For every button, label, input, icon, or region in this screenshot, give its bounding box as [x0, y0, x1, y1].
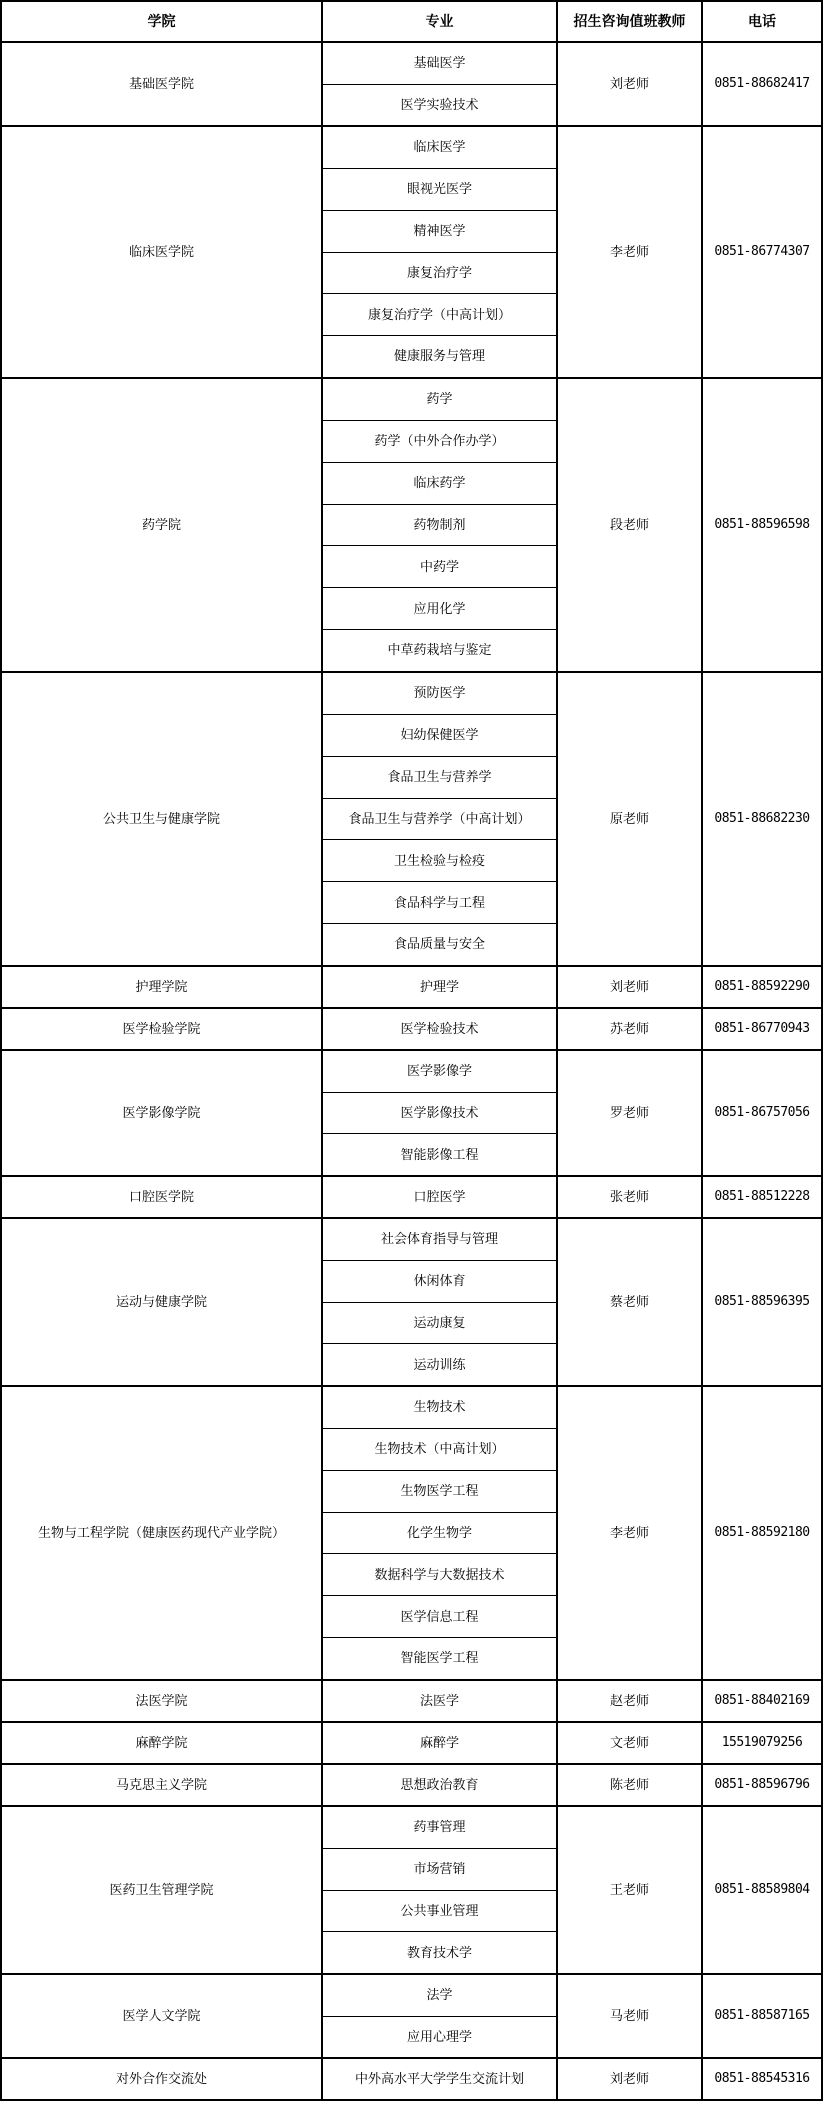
college-cell: 运动与健康学院 — [2, 1219, 321, 1385]
teacher-cell: 刘老师 — [556, 2059, 701, 2099]
phone-cell: 0851-88587165 — [701, 1975, 821, 2057]
major-cell: 中药学 — [323, 546, 556, 588]
college-cell: 医学影像学院 — [2, 1051, 321, 1175]
teacher-cell: 原老师 — [556, 673, 701, 965]
admission-contact-table: 学院 专业 招生咨询值班教师 电话 基础医学院基础医学医学实验技术刘老师0851… — [0, 0, 823, 2101]
major-cell: 医学检验技术 — [323, 1009, 556, 1049]
college-cell: 对外合作交流处 — [2, 2059, 321, 2099]
major-cell: 社会体育指导与管理 — [323, 1219, 556, 1261]
phone-cell: 0851-88682417 — [701, 43, 821, 125]
major-cell: 教育技术学 — [323, 1932, 556, 1973]
teacher-cell: 李老师 — [556, 127, 701, 377]
phone-cell: 15519079256 — [701, 1723, 821, 1763]
college-section: 对外合作交流处中外高水平大学学生交流计划刘老师0851-88545316 — [2, 2059, 821, 2099]
college-section: 护理学院护理学刘老师0851-88592290 — [2, 967, 821, 1009]
college-cell: 法医学院 — [2, 1681, 321, 1721]
major-cell: 康复治疗学（中高计划） — [323, 294, 556, 336]
teacher-cell: 刘老师 — [556, 967, 701, 1007]
major-cell: 智能医学工程 — [323, 1638, 556, 1679]
major-cell: 医学信息工程 — [323, 1596, 556, 1638]
college-section: 医学检验学院医学检验技术苏老师0851-86770943 — [2, 1009, 821, 1051]
majors-column: 口腔医学 — [321, 1177, 556, 1217]
teacher-cell: 蔡老师 — [556, 1219, 701, 1385]
college-cell: 临床医学院 — [2, 127, 321, 377]
major-cell: 医学影像技术 — [323, 1093, 556, 1135]
college-cell: 麻醉学院 — [2, 1723, 321, 1763]
header-major: 专业 — [321, 2, 556, 41]
major-cell: 卫生检验与检疫 — [323, 840, 556, 882]
phone-cell: 0851-88682230 — [701, 673, 821, 965]
major-cell: 公共事业管理 — [323, 1891, 556, 1933]
majors-column: 药学药学（中外合作办学）临床药学药物制剂中药学应用化学中草药栽培与鉴定 — [321, 379, 556, 671]
majors-column: 医学检验技术 — [321, 1009, 556, 1049]
college-section: 医学人文学院法学应用心理学马老师0851-88587165 — [2, 1975, 821, 2059]
teacher-cell: 苏老师 — [556, 1009, 701, 1049]
major-cell: 护理学 — [323, 967, 556, 1007]
major-cell: 药学（中外合作办学） — [323, 421, 556, 463]
major-cell: 口腔医学 — [323, 1177, 556, 1217]
phone-cell: 0851-88592180 — [701, 1387, 821, 1679]
teacher-cell: 赵老师 — [556, 1681, 701, 1721]
college-section: 麻醉学院麻醉学文老师15519079256 — [2, 1723, 821, 1765]
teacher-cell: 马老师 — [556, 1975, 701, 2057]
header-phone: 电话 — [701, 2, 821, 41]
majors-column: 基础医学医学实验技术 — [321, 43, 556, 125]
teacher-cell: 段老师 — [556, 379, 701, 671]
major-cell: 眼视光医学 — [323, 169, 556, 211]
major-cell: 食品卫生与营养学 — [323, 757, 556, 799]
table-header-row: 学院 专业 招生咨询值班教师 电话 — [2, 2, 821, 43]
teacher-cell: 罗老师 — [556, 1051, 701, 1175]
phone-cell: 0851-86757056 — [701, 1051, 821, 1175]
major-cell: 临床医学 — [323, 127, 556, 169]
college-section: 临床医学院临床医学眼视光医学精神医学康复治疗学康复治疗学（中高计划）健康服务与管… — [2, 127, 821, 379]
college-cell: 生物与工程学院（健康医药现代产业学院） — [2, 1387, 321, 1679]
major-cell: 生物医学工程 — [323, 1471, 556, 1513]
major-cell: 法医学 — [323, 1681, 556, 1721]
college-cell: 口腔医学院 — [2, 1177, 321, 1217]
college-cell: 医学人文学院 — [2, 1975, 321, 2057]
college-cell: 医学检验学院 — [2, 1009, 321, 1049]
majors-column: 社会体育指导与管理休闲体育运动康复运动训练 — [321, 1219, 556, 1385]
majors-column: 预防医学妇幼保健医学食品卫生与营养学食品卫生与营养学（中高计划）卫生检验与检疫食… — [321, 673, 556, 965]
table-body: 基础医学院基础医学医学实验技术刘老师0851-88682417临床医学院临床医学… — [2, 43, 821, 2099]
major-cell: 运动训练 — [323, 1344, 556, 1385]
majors-column: 药事管理市场营销公共事业管理教育技术学 — [321, 1807, 556, 1973]
major-cell: 药事管理 — [323, 1807, 556, 1849]
major-cell: 应用心理学 — [323, 2017, 556, 2058]
college-section: 药学院药学药学（中外合作办学）临床药学药物制剂中药学应用化学中草药栽培与鉴定段老… — [2, 379, 821, 673]
major-cell: 食品科学与工程 — [323, 882, 556, 924]
major-cell: 药学 — [323, 379, 556, 421]
phone-cell: 0851-88545316 — [701, 2059, 821, 2099]
major-cell: 药物制剂 — [323, 505, 556, 547]
phone-cell: 0851-86774307 — [701, 127, 821, 377]
teacher-cell: 文老师 — [556, 1723, 701, 1763]
college-section: 法医学院法医学赵老师0851-88402169 — [2, 1681, 821, 1723]
major-cell: 食品卫生与营养学（中高计划） — [323, 799, 556, 841]
teacher-cell: 刘老师 — [556, 43, 701, 125]
header-teacher: 招生咨询值班教师 — [556, 2, 701, 41]
major-cell: 医学实验技术 — [323, 85, 556, 126]
major-cell: 生物技术（中高计划） — [323, 1429, 556, 1471]
major-cell: 运动康复 — [323, 1303, 556, 1345]
majors-column: 生物技术生物技术（中高计划）生物医学工程化学生物学数据科学与大数据技术医学信息工… — [321, 1387, 556, 1679]
college-section: 马克思主义学院思想政治教育陈老师0851-88596796 — [2, 1765, 821, 1807]
teacher-cell: 陈老师 — [556, 1765, 701, 1805]
college-section: 口腔医学院口腔医学张老师0851-88512228 — [2, 1177, 821, 1219]
major-cell: 中外高水平大学学生交流计划 — [323, 2059, 556, 2099]
teacher-cell: 李老师 — [556, 1387, 701, 1679]
majors-column: 中外高水平大学学生交流计划 — [321, 2059, 556, 2099]
major-cell: 应用化学 — [323, 588, 556, 630]
major-cell: 康复治疗学 — [323, 253, 556, 295]
majors-column: 法学应用心理学 — [321, 1975, 556, 2057]
major-cell: 思想政治教育 — [323, 1765, 556, 1805]
college-section: 运动与健康学院社会体育指导与管理休闲体育运动康复运动训练蔡老师0851-8859… — [2, 1219, 821, 1387]
major-cell: 法学 — [323, 1975, 556, 2017]
phone-cell: 0851-88589804 — [701, 1807, 821, 1973]
majors-column: 医学影像学医学影像技术智能影像工程 — [321, 1051, 556, 1175]
phone-cell: 0851-88402169 — [701, 1681, 821, 1721]
major-cell: 生物技术 — [323, 1387, 556, 1429]
phone-cell: 0851-86770943 — [701, 1009, 821, 1049]
major-cell: 食品质量与安全 — [323, 924, 556, 965]
major-cell: 数据科学与大数据技术 — [323, 1554, 556, 1596]
phone-cell: 0851-88596395 — [701, 1219, 821, 1385]
majors-column: 麻醉学 — [321, 1723, 556, 1763]
majors-column: 护理学 — [321, 967, 556, 1007]
college-cell: 基础医学院 — [2, 43, 321, 125]
phone-cell: 0851-88592290 — [701, 967, 821, 1007]
major-cell: 基础医学 — [323, 43, 556, 85]
major-cell: 妇幼保健医学 — [323, 715, 556, 757]
phone-cell: 0851-88512228 — [701, 1177, 821, 1217]
college-section: 医药卫生管理学院药事管理市场营销公共事业管理教育技术学王老师0851-88589… — [2, 1807, 821, 1975]
college-cell: 药学院 — [2, 379, 321, 671]
major-cell: 预防医学 — [323, 673, 556, 715]
majors-column: 法医学 — [321, 1681, 556, 1721]
college-cell: 护理学院 — [2, 967, 321, 1007]
college-cell: 马克思主义学院 — [2, 1765, 321, 1805]
major-cell: 中草药栽培与鉴定 — [323, 630, 556, 671]
majors-column: 思想政治教育 — [321, 1765, 556, 1805]
major-cell: 健康服务与管理 — [323, 336, 556, 377]
major-cell: 麻醉学 — [323, 1723, 556, 1763]
college-section: 基础医学院基础医学医学实验技术刘老师0851-88682417 — [2, 43, 821, 127]
phone-cell: 0851-88596796 — [701, 1765, 821, 1805]
majors-column: 临床医学眼视光医学精神医学康复治疗学康复治疗学（中高计划）健康服务与管理 — [321, 127, 556, 377]
major-cell: 医学影像学 — [323, 1051, 556, 1093]
college-section: 生物与工程学院（健康医药现代产业学院）生物技术生物技术（中高计划）生物医学工程化… — [2, 1387, 821, 1681]
college-section: 医学影像学院医学影像学医学影像技术智能影像工程罗老师0851-86757056 — [2, 1051, 821, 1177]
major-cell: 化学生物学 — [323, 1513, 556, 1555]
major-cell: 精神医学 — [323, 211, 556, 253]
teacher-cell: 王老师 — [556, 1807, 701, 1973]
major-cell: 临床药学 — [323, 463, 556, 505]
phone-cell: 0851-88596598 — [701, 379, 821, 671]
teacher-cell: 张老师 — [556, 1177, 701, 1217]
major-cell: 智能影像工程 — [323, 1134, 556, 1175]
header-college: 学院 — [2, 2, 321, 41]
college-cell: 医药卫生管理学院 — [2, 1807, 321, 1973]
college-cell: 公共卫生与健康学院 — [2, 673, 321, 965]
major-cell: 市场营销 — [323, 1849, 556, 1891]
major-cell: 休闲体育 — [323, 1261, 556, 1303]
college-section: 公共卫生与健康学院预防医学妇幼保健医学食品卫生与营养学食品卫生与营养学（中高计划… — [2, 673, 821, 967]
